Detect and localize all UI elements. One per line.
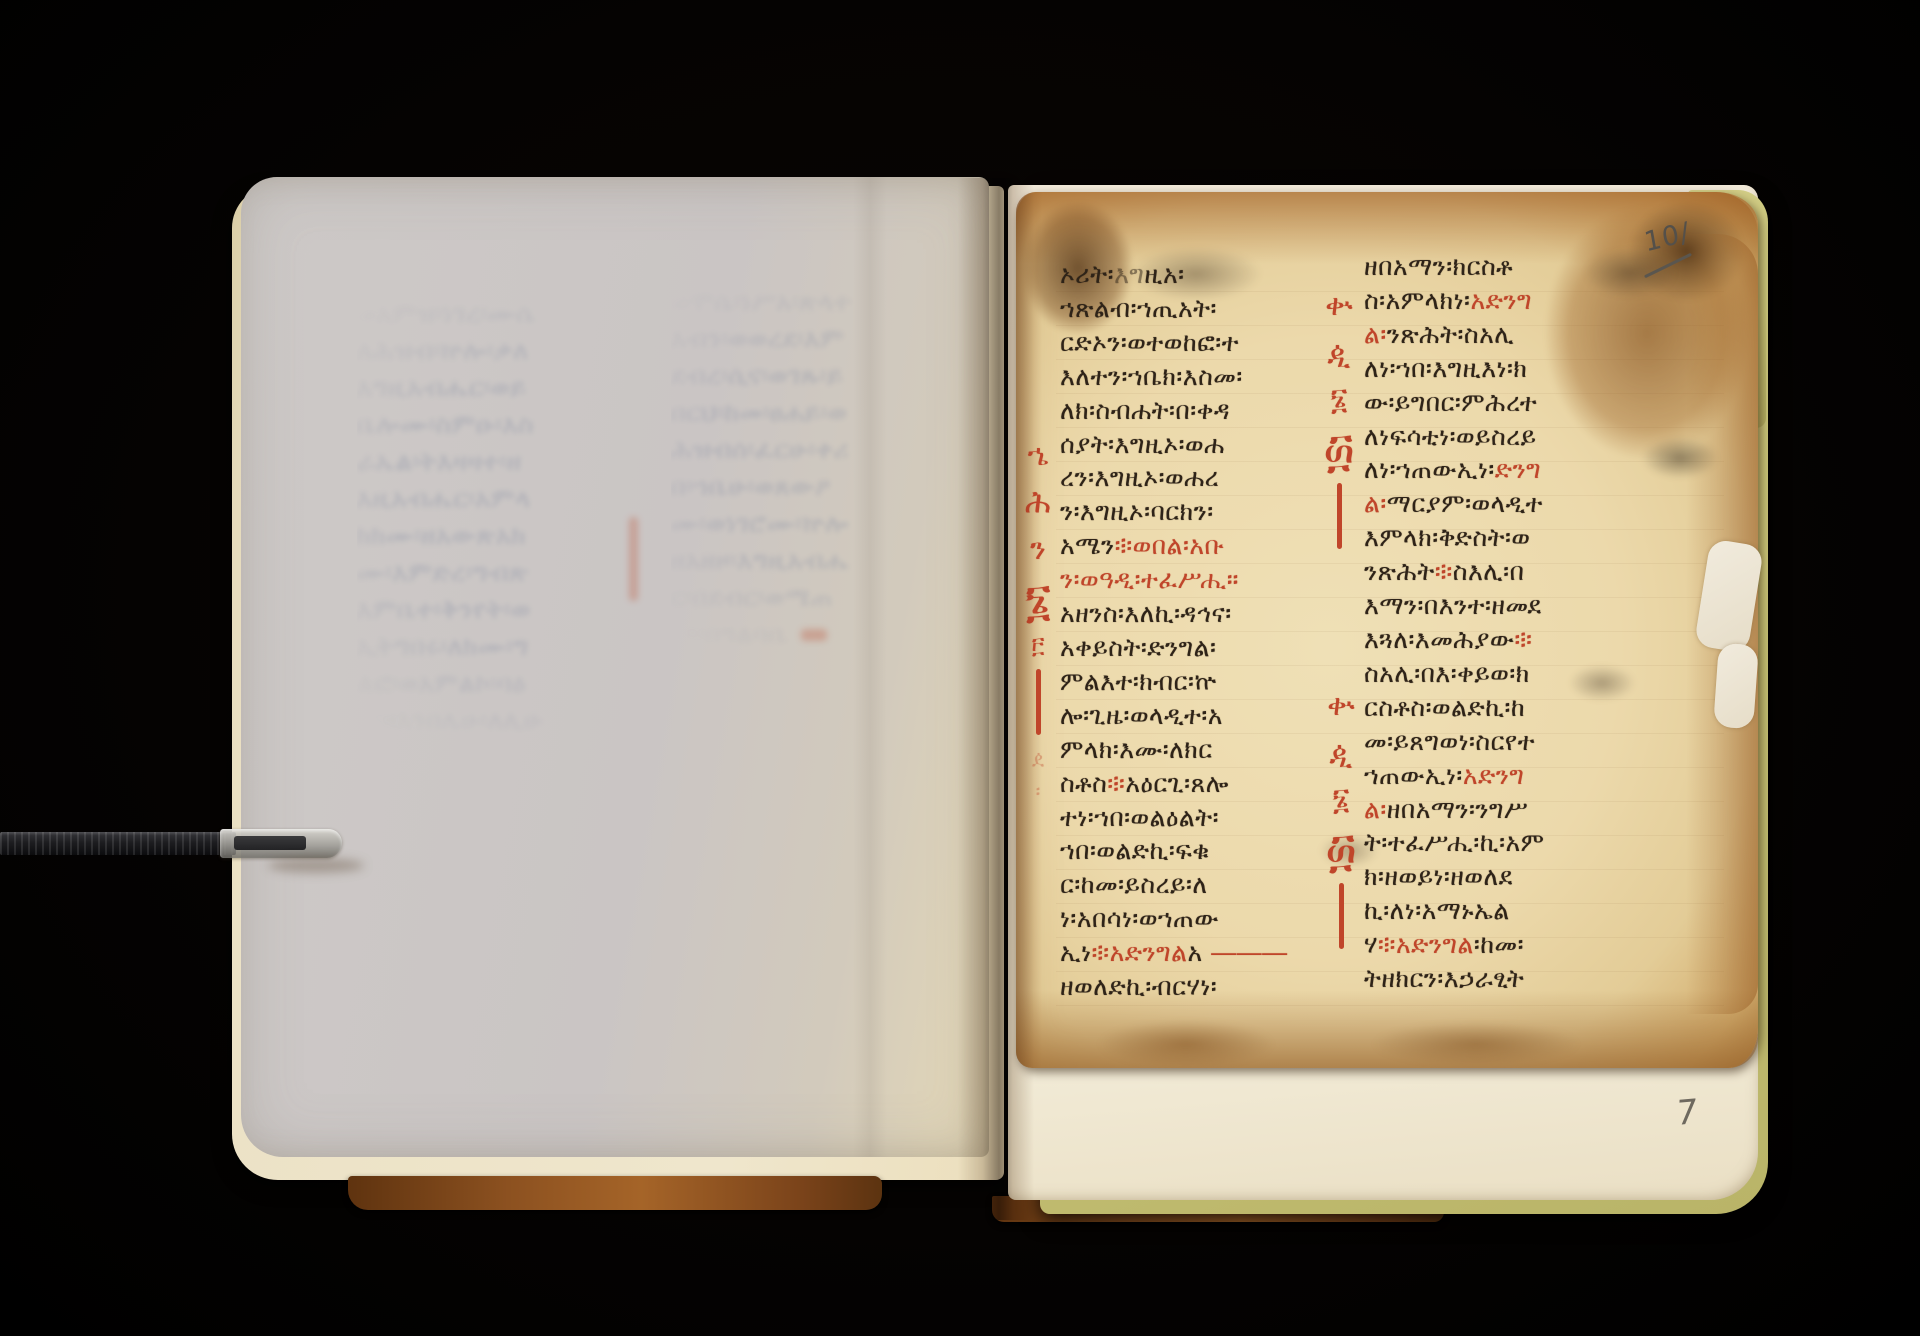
manuscript-line: ተነ፡ኀበ፡ወልዕልት፡ <box>1060 801 1344 835</box>
manuscript-line: እምላክ፡ቅድስት፡ወ <box>1364 521 1720 555</box>
black-ink-segment: ንጽሕት <box>1364 557 1435 586</box>
manuscript-line: ው፡ይግበር፡ምሕረተ <box>1364 386 1720 420</box>
bleedthrough-text-column-1: ወእምዝ፡ነገረ፡ሙሴለሕዝብ፡ኵሎ፡ቃለእግዚአብሔር፡ወይቤሎሙ፡ስምዑ፡እ… <box>357 295 663 739</box>
black-ink-segment: እምላክ፡ቅድስት፡ወ <box>1364 523 1531 552</box>
bleedthrough-line: ኢትግበሩ፡ለክሙ፡ግ <box>357 628 663 665</box>
pointer-pen <box>0 824 352 868</box>
black-ink-segment: እማን፡በእንተ፡ዘመደ <box>1364 591 1542 620</box>
black-ink-segment: ክ፡ዘወይነ፡ዘወለደ <box>1364 862 1513 891</box>
black-ink-segment: ት፡ተፈሥሒ፡ኪ፡አም <box>1364 828 1544 857</box>
black-ink-segment: ኦሪት፡ <box>1060 260 1114 289</box>
red-marginal-numeral: ዺ <box>1327 333 1350 372</box>
manuscript-line: ን፡ወዓዲ፡ተፈሥሒ። <box>1060 563 1344 597</box>
black-ink-segment: ተነ፡ኀበ፡ወልዕልት፡ <box>1060 803 1219 832</box>
pointer-pen-tip-pin <box>242 841 288 845</box>
bleedthrough-line: ደብረ፡ሲና፡ወገጹ፡ይ <box>671 357 963 394</box>
black-ink-segment: ለነፍሳቲነ፡ወይስረይ <box>1364 422 1537 451</box>
black-ink-segment: ሰያት፡እግዚኦ፡ወሐ <box>1060 430 1225 459</box>
pointer-pen-shadow <box>268 858 364 873</box>
bleedthrough-text-column-2: ወሞሴ፡ነሥአ፡ጽላተእብን፡ወወረደ፡እምደብረ፡ሲና፡ወገጹ፡ይበርህ፡ከመ… <box>671 283 963 653</box>
manuscript-line: ኀጠውኢነ፡አድንግ <box>1364 759 1720 793</box>
red-ink-segment: ፨ <box>1115 531 1133 560</box>
text-column-2: ዘበአማን፡ክርስቶስ፡አምላክነ፡አድንግል፡ንጽሕት፡ስአሊለነ፡ኀበ፡እግ… <box>1364 250 1720 996</box>
manuscript-line: ኪ፡ለነ፡አማኑኤል <box>1364 894 1720 928</box>
bleedthrough-line: በ፡ኀቤሁ፡ወጸውዖ <box>671 468 963 505</box>
book-gutter-shadow <box>958 178 1034 1220</box>
manuscript-line: ር፡ከመ፡ይስረይ፡ለ <box>1060 868 1344 902</box>
red-ink-segment: ድንግ <box>1495 455 1541 484</box>
manuscript-line: ት፡ተፈሥሒ፡ኪ፡አም <box>1364 826 1720 860</box>
manuscript-line: ንጽሕት፨ስእሊ፡በ <box>1364 555 1720 589</box>
black-ink-segment: ስ፡አምላክነ፡ <box>1364 286 1470 315</box>
bleedthrough-line: ወሞሴ፡ነሥአ፡ጽላተ <box>671 283 963 320</box>
black-ink-segment: ው፡ይግበር፡ምሕረተ <box>1364 388 1537 417</box>
black-ink-segment: ር፡ከመ፡ይስረይ፡ለ <box>1060 870 1208 899</box>
black-ink-segment: ስቶስ <box>1060 769 1107 798</box>
bleedthrough-line: ዘአዘዞ፡እግዚአብሔ <box>671 542 963 579</box>
black-ink-segment: ምላክ፡እሙ፡ለክር <box>1060 735 1213 764</box>
black-ink-segment: ሎ፡ጊዜ፡ወላዲተ፡አ <box>1060 701 1223 730</box>
black-ink-segment: ዘወለድኪ፡ብርሃነ፡ <box>1060 972 1217 1001</box>
black-ink-segment: ርስቶስ፡ወልድኪ፡ከ <box>1364 693 1525 722</box>
red-marginal-numeral: ፴ <box>1323 427 1354 473</box>
manuscript-line: ሃ፨አድንግል፡ከመ፡ <box>1364 928 1720 962</box>
black-ink-segment: ዘበአማን፡ንግሥ <box>1387 795 1528 824</box>
manuscript-line: እማን፡በእንተ፡ዘመደ <box>1364 589 1720 623</box>
stain <box>1076 1014 1296 1074</box>
black-ink-segment: አዘንስ፡እለኪ፡ዳኅና፡ <box>1060 599 1232 628</box>
manuscript-line: ርስቶስ፡ወልድኪ፡ከ <box>1364 691 1720 725</box>
red-ink-segment: ፨ <box>1514 625 1532 654</box>
manuscript-line: ል፡ማርያም፡ወላዲተ <box>1364 487 1720 521</box>
red-ink-segment: ል፡ <box>1364 320 1387 349</box>
black-ink-segment: እግ <box>1114 260 1144 289</box>
red-ink-segment: ፨ <box>1092 938 1110 967</box>
pencil-page-number: 7 <box>1675 1092 1699 1134</box>
black-ink-segment: ረን፡እግዚኦ፡ወሐረ <box>1060 463 1219 492</box>
bleedthrough-line: ቤሎሙ፡ስምዑ፡እስ <box>357 406 663 443</box>
black-ink-segment: ኀጢአት፡ <box>1137 294 1217 323</box>
red-marginal-numeral: ፡ <box>1036 779 1041 803</box>
red-ink-segment: ፨ <box>1435 557 1453 586</box>
manuscript-line: ክ፡ዘወይነ፡ዘወለደ <box>1364 860 1720 894</box>
bleedthrough-line: ወእምዝ፡ነገረ፡ሙሴ <box>357 295 663 332</box>
red-ink-segment: ል፡ <box>1364 795 1387 824</box>
manuscript-line: ስቶስ፨አዕርጊ፡ጸሎ <box>1060 767 1344 801</box>
black-ink-segment: አሜን <box>1060 531 1115 560</box>
black-ink-segment: ርድኦን፡ወተወከፎ፡ተ <box>1060 328 1239 357</box>
black-ink-segment: አቀይስት፡ድንግል፡ <box>1060 633 1216 662</box>
bleedthrough-line: ሙ፡እምድረ፡ግብጽ <box>357 554 663 591</box>
red-ink-segment: አድንግል <box>1110 938 1188 967</box>
manuscript-line: ኦሪት፡እግዚአ፡ <box>1060 258 1344 292</box>
leather-cover-edge-left <box>348 1176 882 1210</box>
red-marginal-numeral: | <box>1339 883 1344 949</box>
bleedthrough-line: እምቤተ፡ቅንየት፡ወ <box>357 591 663 628</box>
bleedthrough-line: በርህ፡ከመ፡ፀሐይ፡ወ <box>671 394 963 431</box>
manuscript-line: ስ፡አምላክነ፡አድንግ <box>1364 284 1720 318</box>
black-ink-segment: መ፡ይጸግወነ፡ስርየተ <box>1364 727 1535 756</box>
red-ink-segment: ――― <box>1203 938 1288 967</box>
red-marginal-numeral: | <box>1337 483 1342 549</box>
black-ink-segment: አዕርጊ፡ጸሎ <box>1125 769 1229 798</box>
manuscript-line: ል፡ንጽሕት፡ስአሊ <box>1364 318 1720 352</box>
red-margin-numerals-inner-lower: ቍዺ፮፴| <box>1318 688 1364 959</box>
manuscript-line: እጓለ፡እመሕያው፨ <box>1364 623 1720 657</box>
bleedthrough-line: ልፎ፡ወአምልኮ፡ባዕ <box>357 665 663 702</box>
stain <box>1346 1016 1606 1072</box>
black-ink-segment: ማርያም፡ወላዲተ <box>1387 489 1543 518</box>
bleedthrough-red-mark <box>801 629 827 641</box>
black-ink-segment: ለክ፡ስብሐት፡በ፡ቀዳ <box>1060 396 1230 425</box>
black-ink-segment: ኪ፡ለነ፡አማኑኤል <box>1364 896 1510 925</box>
red-margin-numerals-inner-upper: ቍዺ፮፴| <box>1316 288 1362 559</box>
manuscript-line: ለክ፡ስብሐት፡በ፡ቀዳ <box>1060 394 1344 428</box>
black-ink-segment: ስእሊ፡በ <box>1453 557 1525 586</box>
black-ink-segment: እጓለ፡እመሕያው <box>1364 625 1514 654</box>
red-ink-segment: አድንግል <box>1396 930 1474 959</box>
manuscript-line: ኀበ፡ወልድኪ፡ፍቁ <box>1060 834 1344 868</box>
black-ink-segment: ኢነ <box>1060 938 1092 967</box>
manuscript-line: ምልእተ፡ክብር፡ኵ <box>1060 665 1344 699</box>
black-ink-segment: ኀጽልብ፡ <box>1060 294 1137 323</box>
red-marginal-numeral: | <box>1036 669 1041 735</box>
bleedthrough-line: ር፡በደብር፡ወሜጠ <box>671 579 963 616</box>
bleedthrough-line: እግዚአብሔር፡ወይ <box>357 369 663 406</box>
pointer-pen-tip <box>220 829 342 858</box>
manuscript-line: ዘበአማን፡ክርስቶ <box>1364 250 1720 284</box>
manuscript-line: እለተን፡ኀቤክ፡እስመ፡ <box>1060 360 1344 394</box>
manuscript-line: ስአሊ፡በእ፡ቀይወ፡ክ <box>1364 657 1720 691</box>
manuscript-line: ምላክ፡እሙ፡ለክር <box>1060 733 1344 767</box>
red-ink-segment: አድንግ <box>1463 761 1525 790</box>
red-ink-segment: ፨ <box>1378 930 1396 959</box>
red-marginal-numeral: ዺ <box>1329 733 1352 772</box>
black-ink-segment: ፡ከመ፡ <box>1474 930 1524 959</box>
manuscript-line: ረን፡እግዚኦ፡ወሐረ <box>1060 461 1344 495</box>
bleedthrough-line: ክክሙ፡ዘአውጽአክ <box>357 517 663 554</box>
manuscript-line: ትዘክርን፡እኃራፂት <box>1364 962 1720 996</box>
bleedthrough-line: ድ፡ዘእንበሌሁ፡ለሊሁ <box>357 702 663 739</box>
red-ink-segment: ን፡ወዓዲ፡ተፈሥሒ። <box>1060 565 1239 594</box>
black-ink-segment: ትዘክርን፡እኃራፂት <box>1364 964 1524 993</box>
black-ink-segment: ስአሊ፡በእ፡ቀይወ፡ክ <box>1364 659 1530 688</box>
bleedthrough-line: ለሕዝብ፡ኵሎ፡ቃለ <box>357 332 663 369</box>
black-ink-segment: ንጽሕት፡ስአሊ <box>1387 320 1514 349</box>
tissue-interleaf: ወእምዝ፡ነገረ፡ሙሴለሕዝብ፡ኵሎ፡ቃለእግዚአብሔር፡ወይቤሎሙ፡ስምዑ፡እ… <box>241 177 989 1157</box>
manuscript-line: ን፡እግዚኦ፡ባርክን፡ <box>1060 495 1344 529</box>
black-ink-segment: ኀበ፡ወልድኪ፡ፍቁ <box>1060 836 1210 865</box>
manuscript-line: አዘንስ፡እለኪ፡ዳኅና፡ <box>1060 597 1344 631</box>
manuscript-line: ለነ፡ኀበ፡እግዚእነ፡ክ <box>1364 352 1720 386</box>
black-ink-segment: እለተን፡ኀቤክ፡እስመ፡ <box>1060 362 1243 391</box>
manuscript-line: ለነ፡ኀጠውኢነ፡ድንግ <box>1364 453 1720 487</box>
black-ink-segment: ዚአ፡ <box>1144 260 1184 289</box>
bleedthrough-line: ሙ፡ወነገሮሙ፡ኵሎ <box>671 505 963 542</box>
manuscript-line: አቀይስት፡ድንግል፡ <box>1060 631 1344 665</box>
black-ink-segment: ኀጠውኢነ፡ <box>1364 761 1463 790</box>
red-ink-segment: ወበል፡አቡ <box>1133 531 1225 560</box>
manuscript-line: ሰያት፡እግዚኦ፡ወሐ <box>1060 428 1344 462</box>
red-marginal-numeral: ቍ <box>1325 288 1352 323</box>
parchment-leaf: 10/ ኄሕን፮፫|ዸ፡ ኦሪት፡እግዚአ፡ኀጽልብ፡ኀጢአት፡ርድኦን፡ወተወ… <box>1016 192 1758 1068</box>
manuscript-line: መ፡ይጸግወነ፡ስርየተ <box>1364 725 1720 759</box>
black-ink-segment: ነ፡አበሳነ፡ወኀጠው <box>1060 904 1219 933</box>
bleedthrough-line: ራኤል፡ትእዛዛተ፡ዘ <box>357 443 663 480</box>
manuscript-line: ርድኦን፡ወተወከፎ፡ተ <box>1060 326 1344 360</box>
bleedthrough-line: እብን፡ወወረደ፡እም <box>671 320 963 357</box>
red-marginal-numeral: ፴ <box>1325 827 1356 873</box>
manuscript-line: ል፡ዘበአማን፡ንግሥ <box>1364 793 1720 827</box>
text-column-1: ኦሪት፡እግዚአ፡ኀጽልብ፡ኀጢአት፡ርድኦን፡ወተወከፎ፡ተእለተን፡ኀቤክ፡… <box>1060 258 1344 1004</box>
bleedthrough-red-mark <box>629 517 638 601</box>
red-marginal-numeral: ቍ <box>1327 688 1354 723</box>
black-ink-segment: ዘበአማን፡ክርስቶ <box>1364 252 1513 281</box>
red-ink-segment: ፨ <box>1107 769 1125 798</box>
pointer-pen-rod <box>0 832 236 855</box>
manuscript-line: አሜን፨ወበል፡አቡ <box>1060 529 1344 563</box>
black-ink-segment: ን፡እግዚኦ፡ባርክን፡ <box>1060 497 1214 526</box>
manuscript-line: ኢነ፨አድንግልአ ――― <box>1060 936 1344 970</box>
black-ink-segment: ሃ <box>1364 930 1378 959</box>
bleedthrough-line: እዚአብሔር፡አምላ <box>357 480 663 517</box>
black-ink-segment: አ <box>1187 938 1202 967</box>
red-marginal-numeral: ፮ <box>1330 382 1348 417</box>
black-ink-segment: ምልእተ፡ክብር፡ኵ <box>1060 667 1217 696</box>
manuscript-line: ኀጽልብ፡ኀጢአት፡ <box>1060 292 1344 326</box>
black-ink-segment: ለነ፡ኀበ፡እግዚእነ፡ክ <box>1364 354 1527 383</box>
black-ink-segment: ለነ፡ኀጠውኢነ፡ <box>1364 455 1495 484</box>
manuscript-line: ሎ፡ጊዜ፡ወላዲተ፡አ <box>1060 699 1344 733</box>
manuscript-line: ነ፡አበሳነ፡ወኀጠው <box>1060 902 1344 936</box>
red-ink-segment: ል፡ <box>1364 489 1387 518</box>
red-ink-segment: አድንግ <box>1470 286 1532 315</box>
manuscript-line: ለነፍሳቲነ፡ወይስረይ <box>1364 420 1720 454</box>
photograph-open-manuscript: ወእምዝ፡ነገረ፡ሙሴለሕዝብ፡ኵሎ፡ቃለእግዚአብሔር፡ወይቤሎሙ፡ስምዑ፡እ… <box>0 0 1920 1336</box>
red-marginal-numeral: ፮ <box>1332 782 1350 817</box>
manuscript-line: ዘወለድኪ፡ብርሃነ፡ <box>1060 970 1344 1004</box>
bleedthrough-line: ሕዝብሰ፡ፈርሁ፡ቀሪ <box>671 431 963 468</box>
